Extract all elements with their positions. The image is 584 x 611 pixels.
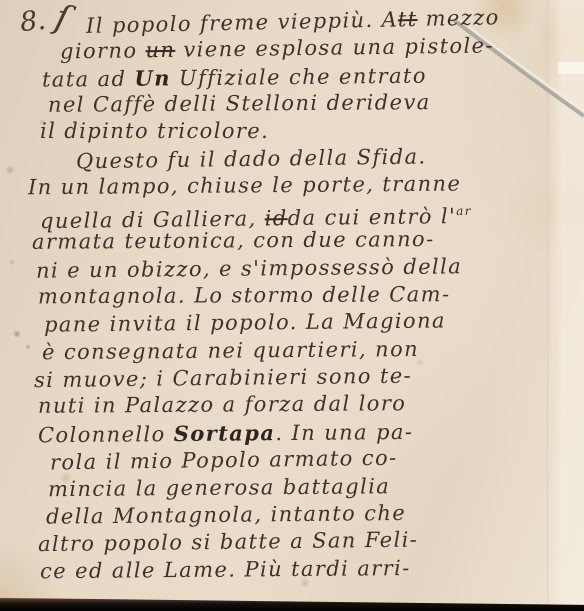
manuscript-text-segment: Il popolo freme vieppiù. A	[86, 7, 398, 38]
manuscript-text-segment: della Montagnola, intanto che	[46, 501, 406, 529]
manuscript-text-segment: Uffiziale che entrato	[171, 63, 427, 90]
manuscript-text-segment: altro popolo si batte a San Feli-	[38, 528, 418, 557]
manuscript-text-segment: montagnola. Lo stormo delle Cam-	[38, 282, 451, 308]
manuscript-text-segment: tt	[398, 7, 418, 31]
manuscript-text-segment: il dipinto tricolore.	[40, 119, 269, 143]
manuscript-text-segment: Questo fu il dado della Sfida.	[76, 144, 427, 173]
manuscript-text-segment: pane invita il popolo. La Magiona	[44, 309, 446, 337]
manuscript-text-segment: giorno	[60, 39, 146, 64]
manuscript-line: il dipinto tricolore.	[40, 118, 554, 145]
manuscript-text-segment: rola il mio Popolo armato co-	[50, 446, 398, 475]
manuscript-line: nel Caffè delli Stelloni derideva	[48, 88, 554, 119]
manuscript-line: armata teutonica, con due canno-	[32, 225, 554, 256]
manuscript-text-segment: un	[145, 38, 175, 62]
manuscript-text-segment: nel Caffè delli Stelloni derideva	[48, 90, 431, 117]
manuscript-text-segment: armata teutonica, con due canno-	[32, 227, 435, 254]
manuscript-lines: Il popolo freme vieppiù. Att mezzogiorno…	[28, 8, 554, 583]
manuscript-text-segment: si muove; i Carabinieri sono te-	[34, 364, 412, 393]
manuscript-text-segment: nuti in Palazzo a forza dal loro	[38, 392, 406, 419]
manuscript-line: nuti in Palazzo a forza dal loro	[38, 390, 554, 421]
manuscript-text-segment: . In una pa-	[275, 420, 413, 445]
manuscript-text-segment: In un lampo, chiuse le porte, tranne	[28, 172, 461, 200]
manuscript-text-segment: ce ed alle Lame. Più tardi arri-	[40, 556, 411, 583]
manuscript-text-segment: è consegnata nei quartieri, non	[42, 337, 419, 364]
page-edge-notch	[558, 62, 584, 74]
manuscript-line: ce ed alle Lame. Più tardi arri-	[40, 554, 554, 586]
manuscript-text-segment: ar	[456, 204, 472, 218]
manuscript-text-segment: viene esplosa una pistole-	[175, 34, 494, 62]
manuscript-page: 8. ſ Il popolo freme vieppiù. Att mezzog…	[0, 0, 584, 611]
manuscript-text-segment: Sortapa	[174, 420, 276, 446]
manuscript-text-segment: ni e un obizzo, e s'impossessò della	[36, 254, 462, 282]
book-binding-edge	[0, 595, 584, 611]
manuscript-line: ni e un obizzo, e s'impossessò della	[36, 252, 554, 285]
manuscript-text-segment: Colonnello	[38, 422, 174, 447]
manuscript-line: montagnola. Lo stormo delle Cam-	[38, 281, 554, 311]
manuscript-text-segment: tata ad	[42, 66, 135, 91]
manuscript-text-segment: mezzo	[417, 5, 500, 31]
manuscript-text-segment: Un	[134, 65, 171, 90]
manuscript-text-segment: mincia la generosa battaglia	[48, 474, 390, 501]
